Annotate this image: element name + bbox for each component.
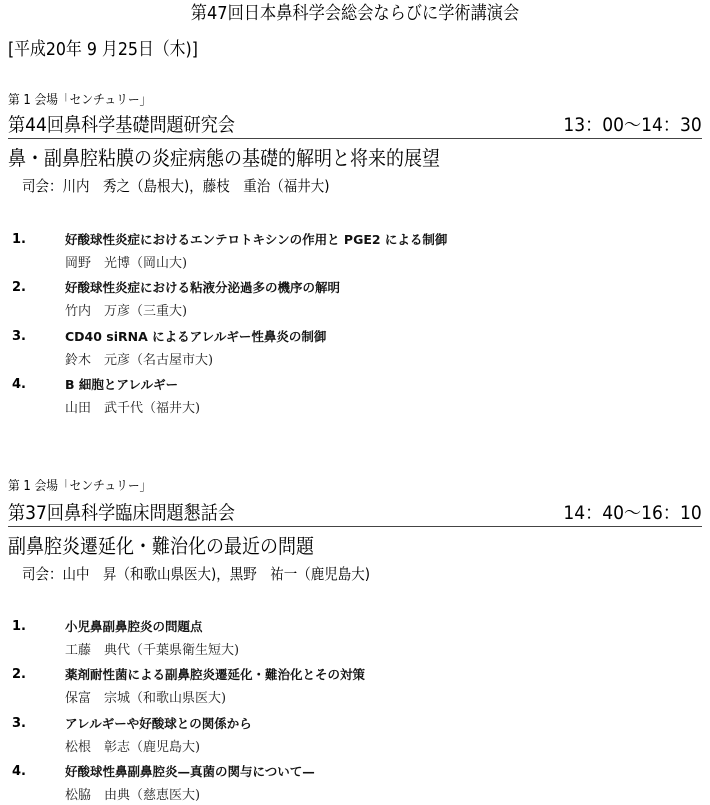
- item-author: 山田 武千代（福井大): [65, 400, 200, 418]
- session-time: 14：40〜16：10: [564, 501, 702, 525]
- item-title: B 細胞とアレルギー: [65, 376, 178, 394]
- session-chairs: 司会：川内 秀之（島根大)，藤枝 重治（福井大): [22, 176, 330, 196]
- session-header: 第44回鼻科学基礎問題研究会 13：00〜14：30: [8, 112, 702, 139]
- session-theme: 副鼻腔炎遷延化・難治化の最近の問題: [8, 533, 314, 559]
- session-venue: 第 1 会場「センチュリー」: [8, 478, 151, 496]
- document-title: 第47回日本鼻科学会総会ならびに学術講演会: [36, 2, 675, 26]
- item-number: 4.: [12, 763, 26, 781]
- item-title: 薬剤耐性菌による副鼻腔炎遷延化・難治化とその対策: [65, 666, 365, 684]
- session-theme: 鼻・副鼻腔粘膜の炎症病態の基礎的解明と将来的展望: [8, 145, 440, 171]
- item-title: アレルギーや好酸球との関係から: [65, 715, 252, 733]
- item-title: 好酸球性炎症におけるエンテロトキシンの作用と PGE2 による制御: [65, 231, 447, 249]
- item-number: 1.: [12, 231, 26, 249]
- item-author: 岡野 光博（岡山大): [65, 255, 187, 273]
- session-header: 第37回鼻科学臨床問題懇話会 14：40〜16：10: [8, 500, 702, 527]
- item-title: 好酸球性鼻副鼻腔炎—真菌の関与について—: [65, 763, 315, 781]
- session-venue: 第 1 会場「センチュリー」: [8, 92, 151, 110]
- item-author: 工藤 典代（千葉県衛生短大): [65, 642, 239, 660]
- item-title: 小児鼻副鼻腔炎の問題点: [65, 618, 203, 636]
- event-date: [平成20年 9 月25日（木)]: [8, 38, 198, 62]
- item-title: CD40 siRNA によるアレルギー性鼻炎の制御: [65, 328, 326, 346]
- item-author: 松脇 由典（慈恵医大): [65, 787, 200, 805]
- item-title: 好酸球性炎症における粘液分泌過多の機序の解明: [65, 279, 340, 297]
- item-number: 2.: [12, 279, 26, 297]
- item-number: 2.: [12, 666, 26, 684]
- item-number: 1.: [12, 618, 26, 636]
- item-author: 松根 彰志（鹿児島大): [65, 739, 200, 757]
- item-author: 保富 宗城（和歌山県医大): [65, 690, 226, 708]
- item-number: 3.: [12, 715, 26, 733]
- session-name: 第37回鼻科学臨床問題懇話会: [8, 501, 235, 525]
- session-time: 13：00〜14：30: [564, 113, 702, 137]
- item-number: 3.: [12, 328, 26, 346]
- item-number: 4.: [12, 376, 26, 394]
- item-author: 竹内 万彦（三重大): [65, 303, 187, 321]
- session-chairs: 司会：山中 昇（和歌山県医大)，黒野 祐一（鹿児島大): [22, 564, 370, 584]
- item-author: 鈴木 元彦（名古屋市大): [65, 352, 213, 370]
- session-name: 第44回鼻科学基礎問題研究会: [8, 113, 235, 137]
